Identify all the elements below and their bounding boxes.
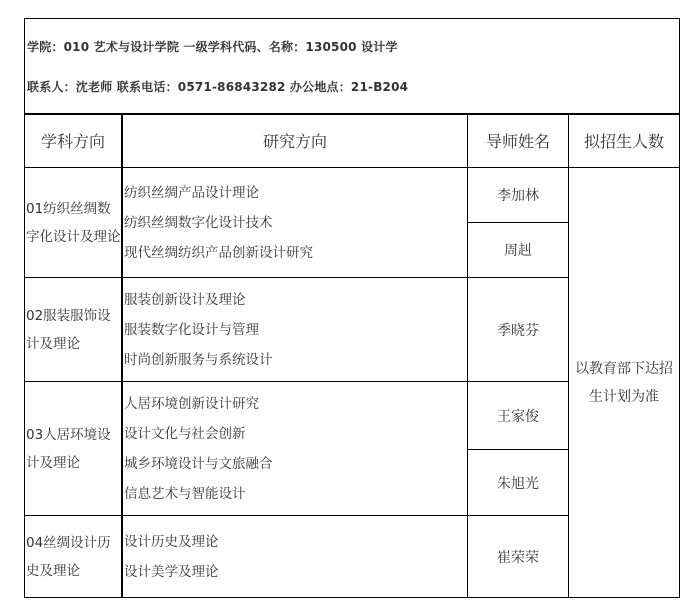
research-item: 服装创新设计及理论 — [124, 285, 467, 315]
header-planned-enrollment: 拟招生人数 — [568, 113, 680, 168]
tutor-cell: 季晓芬 — [467, 277, 569, 382]
table-grid: 学科方向 研究方向 导师姓名 拟招生人数 01纺织丝绸数字化设计及理论 纺织丝绸… — [24, 113, 680, 598]
tutor-cell: 崔荣荣 — [467, 515, 569, 598]
header-research-direction: 研究方向 — [121, 113, 468, 168]
enrollment-table: 学院：010 艺术与设计学院 一级学科代码、名称：130500 设计学 联系人：… — [24, 18, 680, 598]
table-row-2-research: 服装创新设计及理论 服装数字化设计与管理 时尚创新服务与系统设计 — [121, 277, 468, 382]
research-item: 现代丝绸纺织产品创新设计研究 — [124, 238, 467, 268]
research-item: 人居环境创新设计研究 — [124, 389, 467, 419]
subject-text: 03人居环境设计及理论 — [26, 421, 121, 477]
tutor-cell: 周赳 — [467, 222, 569, 278]
tutor-cell: 王家俊 — [467, 381, 569, 450]
tutor-cell: 朱旭光 — [467, 449, 569, 516]
subject-text: 04丝绸设计历史及理论 — [26, 529, 121, 585]
research-item: 纺织丝绸数字化设计技术 — [124, 208, 467, 238]
table-row-4-subject: 04丝绸设计历史及理论 — [24, 515, 122, 598]
research-item: 时尚创新服务与系统设计 — [124, 345, 467, 375]
research-item: 服装数字化设计与管理 — [124, 315, 467, 345]
tutor-cell: 李加林 — [467, 167, 569, 223]
table-row-3-research: 人居环境创新设计研究 设计文化与社会创新 城乡环境设计与文旅融合 信息艺术与智能… — [121, 381, 468, 516]
table-row-2-subject: 02服装服饰设计及理论 — [24, 277, 122, 382]
college-info-block: 学院：010 艺术与设计学院 一级学科代码、名称：130500 设计学 联系人：… — [24, 18, 680, 115]
quota-text: 以教育部下达招生计划为准 — [572, 355, 676, 411]
table-row-1-subject: 01纺织丝绸数字化设计及理论 — [24, 167, 122, 278]
research-item: 城乡环境设计与文旅融合 — [124, 449, 467, 479]
table-row-1-research: 纺织丝绸产品设计理论 纺织丝绸数字化设计技术 现代丝绸纺织产品创新设计研究 — [121, 167, 468, 278]
research-item: 设计历史及理论 — [124, 527, 467, 557]
table-row-4-research: 设计历史及理论 设计美学及理论 — [121, 515, 468, 598]
subject-text: 01纺织丝绸数字化设计及理论 — [26, 195, 121, 251]
research-item: 设计文化与社会创新 — [124, 419, 467, 449]
contact-info-line: 联系人：沈老师 联系电话：0571-86843282 办公地点：21-B204 — [27, 78, 408, 95]
subject-text: 02服装服饰设计及理论 — [26, 302, 121, 358]
college-info-line: 学院：010 艺术与设计学院 一级学科代码、名称：130500 设计学 — [27, 38, 398, 55]
research-item: 纺织丝绸产品设计理论 — [124, 178, 467, 208]
table-row-3-subject: 03人居环境设计及理论 — [24, 381, 122, 516]
planned-enrollment-cell: 以教育部下达招生计划为准 — [568, 167, 680, 598]
header-subject-direction: 学科方向 — [24, 113, 122, 168]
header-tutor-name: 导师姓名 — [467, 113, 569, 168]
research-item: 设计美学及理论 — [124, 557, 467, 587]
research-item: 信息艺术与智能设计 — [124, 479, 467, 509]
